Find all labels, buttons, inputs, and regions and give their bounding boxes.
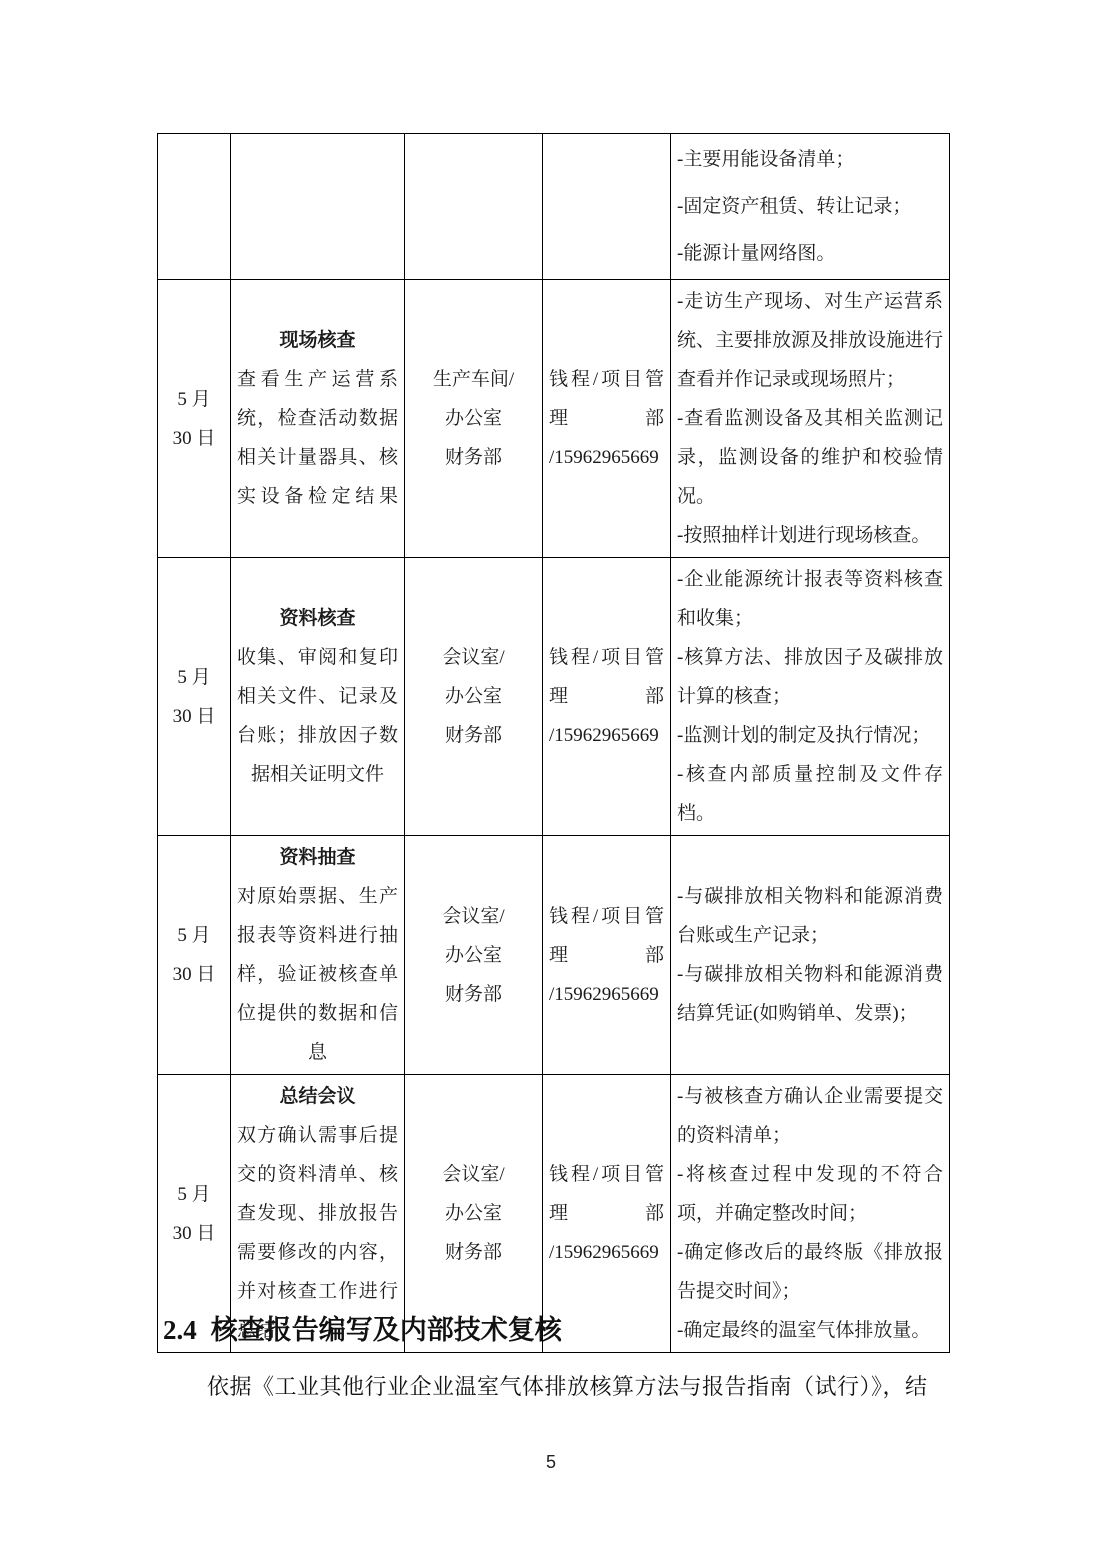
content-cell: -主要用能设备清单；-固定资产租赁、转让记录；-能源计量网络图。 (671, 134, 950, 280)
activity-desc: 查看生产运营系统，检查活动数据相关计量器具、核实设备检定结果 (237, 360, 398, 516)
activity-desc: 收集、审阅和复印相关文件、记录及台账；排放因子数据相关证明文件 (237, 638, 398, 794)
date-line: 5 月 (164, 916, 224, 955)
table-row: 5 月30 日资料核查收集、审阅和复印相关文件、记录及台账；排放因子数据相关证明… (158, 558, 950, 836)
body-paragraph: 依据《工业其他行业企业温室气体排放核算方法与报告指南（试行）》，结 (163, 1368, 963, 1406)
activity-cell: 资料核查收集、审阅和复印相关文件、记录及台账；排放因子数据相关证明文件 (231, 558, 405, 836)
content-cell: -走访生产现场、对生产运营系统、主要排放源及排放设施进行查看并作记录或现场照片；… (671, 280, 950, 558)
contact-line: /15962965669 (549, 438, 664, 477)
location-line: 会议室/ (411, 638, 536, 677)
content-cell: -与碳排放相关物料和能源消费台账或生产记录；-与碳排放相关物料和能源消费结算凭证… (671, 836, 950, 1075)
content-item: -将核查过程中发现的不符合项，并确定整改时间； (677, 1155, 943, 1233)
contact-line: 钱程/项目管 (549, 1155, 664, 1194)
location-line: 办公室 (411, 677, 536, 716)
document-page: -主要用能设备清单；-固定资产租赁、转让记录；-能源计量网络图。5 月30 日现… (0, 0, 1102, 1559)
location-line: 财务部 (411, 1233, 536, 1272)
content-item: -主要用能设备清单； (677, 136, 943, 183)
table-row: -主要用能设备清单；-固定资产租赁、转让记录；-能源计量网络图。 (158, 134, 950, 280)
content-item: -企业能源统计报表等资料核查和收集； (677, 560, 943, 638)
location-line: 财务部 (411, 438, 536, 477)
content-item: -核查内部质量控制及文件存档。 (677, 755, 943, 833)
activity-desc: 对原始票据、生产报表等资料进行抽样，验证被核查单位提供的数据和信息 (237, 877, 398, 1072)
section-title: 核查报告编写及内部技术复核 (211, 1315, 562, 1345)
content-item: -与碳排放相关物料和能源消费台账或生产记录； (677, 877, 943, 955)
page-number: 5 (0, 1452, 1102, 1473)
location-cell (405, 134, 543, 280)
location-line: 财务部 (411, 975, 536, 1014)
contact-line: 钱程/项目管 (549, 897, 664, 936)
date-cell: 5 月30 日 (158, 836, 231, 1075)
date-line: 30 日 (164, 955, 224, 994)
location-line: 财务部 (411, 716, 536, 755)
activity-title: 资料核查 (237, 599, 398, 638)
contact-cell: 钱程/项目管理部/15962965669 (543, 280, 671, 558)
activity-title: 现场核查 (237, 321, 398, 360)
location-line: 办公室 (411, 936, 536, 975)
contact-cell: 钱程/项目管理部/15962965669 (543, 558, 671, 836)
content-item: -监测计划的制定及执行情况； (677, 716, 943, 755)
content-item: -能源计量网络图。 (677, 230, 943, 277)
content-item: -按照抽样计划进行现场核查。 (677, 516, 943, 555)
date-line: 5 月 (164, 658, 224, 697)
contact-line: 理部 (549, 399, 664, 438)
contact-line: 理部 (549, 677, 664, 716)
content-item: -确定修改后的最终版《排放报告提交时间》； (677, 1233, 943, 1311)
content-item: -确定最终的温室气体排放量。 (677, 1311, 943, 1350)
verification-schedule-table: -主要用能设备清单；-固定资产租赁、转让记录；-能源计量网络图。5 月30 日现… (157, 133, 950, 1353)
date-line: 5 月 (164, 1175, 224, 1214)
table-row: 5 月30 日现场核查查看生产运营系统，检查活动数据相关计量器具、核实设备检定结… (158, 280, 950, 558)
date-cell: 5 月30 日 (158, 280, 231, 558)
contact-cell: 钱程/项目管理部/15962965669 (543, 836, 671, 1075)
content-item: -固定资产租赁、转让记录； (677, 183, 943, 230)
content-cell: -企业能源统计报表等资料核查和收集；-核算方法、排放因子及碳排放计算的核查；-监… (671, 558, 950, 836)
location-cell: 会议室/办公室财务部 (405, 836, 543, 1075)
location-line: 办公室 (411, 399, 536, 438)
date-line: 30 日 (164, 1214, 224, 1253)
contact-line: /15962965669 (549, 716, 664, 755)
location-line: 会议室/ (411, 1155, 536, 1194)
activity-cell: 现场核查查看生产运营系统，检查活动数据相关计量器具、核实设备检定结果 (231, 280, 405, 558)
activity-title: 资料抽查 (237, 838, 398, 877)
date-cell: 5 月30 日 (158, 558, 231, 836)
location-cell: 会议室/办公室财务部 (405, 558, 543, 836)
section-heading: 2.4核查报告编写及内部技术复核 (163, 1308, 562, 1347)
location-line: 会议室/ (411, 897, 536, 936)
content-item: -核算方法、排放因子及碳排放计算的核查； (677, 638, 943, 716)
table-wrapper: -主要用能设备清单；-固定资产租赁、转让记录；-能源计量网络图。5 月30 日现… (157, 133, 950, 1353)
activity-title: 总结会议 (237, 1077, 398, 1116)
content-cell: -与被核查方确认企业需要提交的资料清单；-将核查过程中发现的不符合项，并确定整改… (671, 1075, 950, 1353)
contact-line: 钱程/项目管 (549, 638, 664, 677)
content-item: -走访生产现场、对生产运营系统、主要排放源及排放设施进行查看并作记录或现场照片； (677, 282, 943, 399)
date-line: 30 日 (164, 419, 224, 458)
content-item: -查看监测设备及其相关监测记录，监测设备的维护和校验情况。 (677, 399, 943, 516)
contact-cell (543, 134, 671, 280)
contact-line: 钱程/项目管 (549, 360, 664, 399)
location-cell: 生产车间/办公室财务部 (405, 280, 543, 558)
date-line: 30 日 (164, 697, 224, 736)
contact-line: /15962965669 (549, 1233, 664, 1272)
contact-line: 理部 (549, 936, 664, 975)
date-cell (158, 134, 231, 280)
content-item: -与被核查方确认企业需要提交的资料清单； (677, 1077, 943, 1155)
section-number: 2.4 (163, 1315, 197, 1345)
table-row: 5 月30 日资料抽查对原始票据、生产报表等资料进行抽样，验证被核查单位提供的数… (158, 836, 950, 1075)
content-item: -与碳排放相关物料和能源消费结算凭证(如购销单、发票)； (677, 955, 943, 1033)
date-line: 5 月 (164, 380, 224, 419)
contact-line: /15962965669 (549, 975, 664, 1014)
activity-cell: 资料抽查对原始票据、生产报表等资料进行抽样，验证被核查单位提供的数据和信息 (231, 836, 405, 1075)
contact-line: 理部 (549, 1194, 664, 1233)
location-line: 生产车间/ (411, 360, 536, 399)
activity-cell (231, 134, 405, 280)
location-line: 办公室 (411, 1194, 536, 1233)
